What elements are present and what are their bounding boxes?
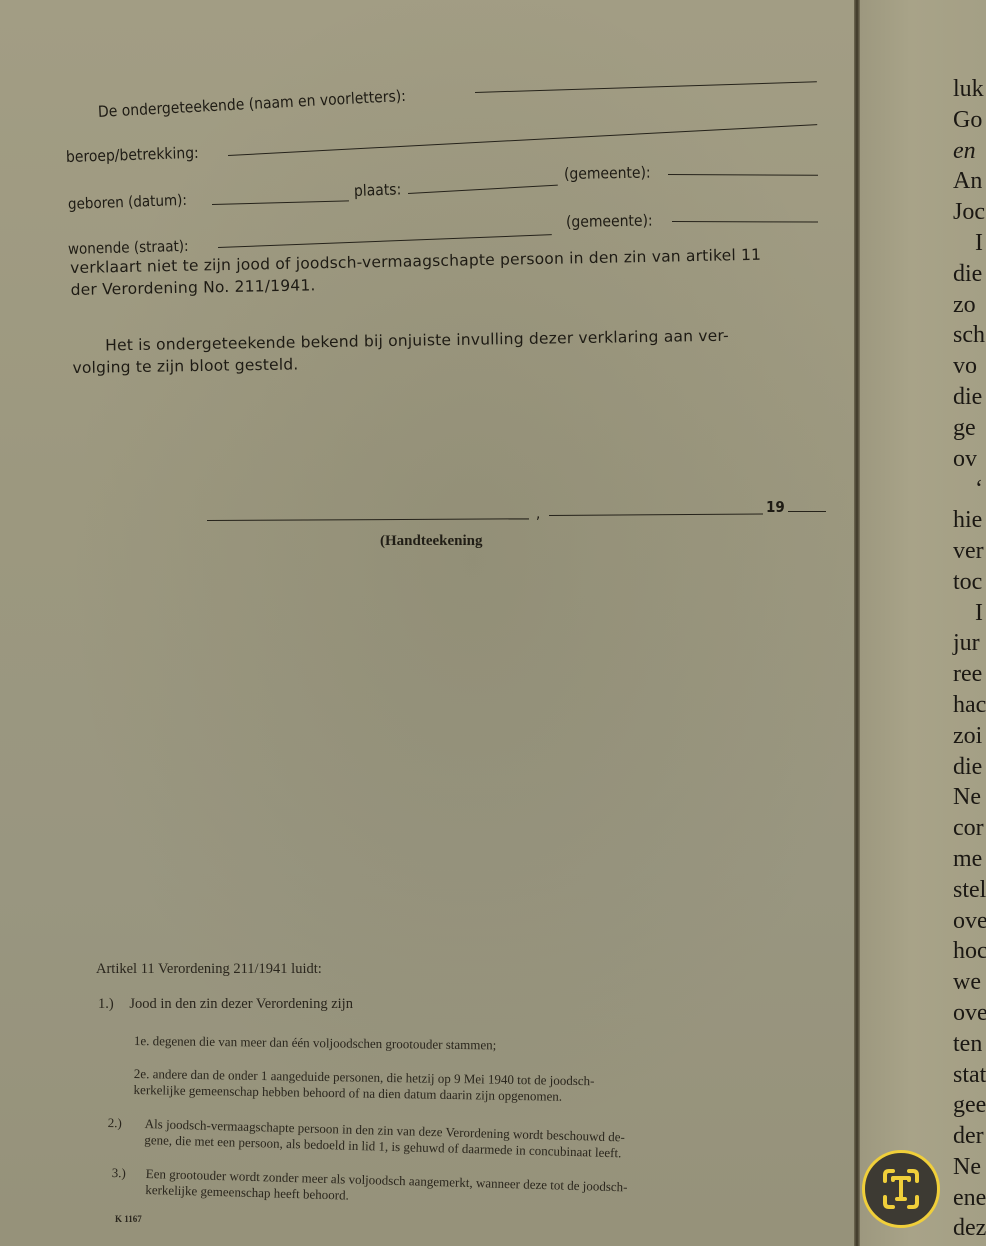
right-page-fragment: die	[953, 382, 986, 413]
right-page-fragment: Go	[953, 105, 986, 136]
place-field-line[interactable]	[207, 518, 529, 521]
right-page-fragment: luk	[953, 74, 986, 105]
right-page-fragment: der	[953, 1121, 986, 1152]
signature-label: (Handteekening	[380, 533, 483, 550]
birth-date-field-line[interactable]	[212, 200, 349, 205]
right-page-fragment: en	[953, 136, 986, 167]
right-page-fragment: jur	[953, 628, 986, 659]
birth-place-field-line[interactable]	[408, 185, 558, 194]
right-page-fragment: ove	[953, 906, 986, 937]
live-text-button[interactable]	[862, 1150, 940, 1228]
right-page-fragment: die	[953, 752, 986, 783]
right-page-fragment: I	[953, 228, 986, 259]
right-page-fragment: ten	[953, 1029, 986, 1060]
right-page-fragment: Ne	[953, 782, 986, 813]
right-page-fragment: we	[953, 967, 986, 998]
signature-comma: ,	[536, 504, 540, 522]
right-page-fragment: Ne	[953, 1152, 986, 1183]
right-page-fragment: hie	[953, 505, 986, 536]
birth-date-label: geboren (datum):	[68, 191, 188, 213]
article-heading: Artikel 11 Verordening 211/1941 luidt:	[96, 961, 322, 977]
left-page: De ondergeteekende (naam en voorletters)…	[0, 0, 860, 1246]
right-page-fragment: toc	[953, 567, 986, 598]
right-page-fragment: ove	[953, 998, 986, 1029]
right-page-fragment: vo	[953, 351, 986, 382]
year-prefix: 19	[766, 498, 785, 516]
article-item-1-text: Jood in den zin dezer Verordening zijn	[129, 996, 353, 1012]
article-item-2: 2.) Als joodsch-vermaagschapte persoon i…	[107, 1115, 625, 1161]
article-item-2-number: 2.)	[108, 1115, 123, 1131]
right-page-fragment: ge	[953, 413, 986, 444]
right-page-fragment: zoi	[953, 721, 986, 752]
right-page-fragment: ene	[953, 1183, 986, 1214]
birth-municipality-field-line[interactable]	[668, 174, 818, 176]
occupation-label: beroep/betrekking:	[66, 144, 199, 166]
right-page-fragment: stat	[953, 1060, 986, 1091]
right-page-fragment: ver	[953, 536, 986, 567]
right-page-fragment: cor	[953, 813, 986, 844]
right-page-fragment: dez	[953, 1213, 986, 1244]
right-page-fragment: me	[953, 844, 986, 875]
right-page-fragment: sch	[953, 320, 986, 351]
warning-paragraph: Het is ondergeteekende bekend bij onjuis…	[72, 325, 729, 379]
right-page-fragment: zo	[953, 290, 986, 321]
right-page-fragment: I	[953, 598, 986, 629]
live-text-icon	[865, 1153, 937, 1225]
right-page-fragment: ‘	[953, 474, 986, 505]
article-item-3: 3.) Een grootouder wordt zonder meer als…	[111, 1165, 628, 1211]
right-page-fragment: ov	[953, 444, 986, 475]
article-item-3-number: 3.)	[112, 1165, 127, 1181]
article-item-1-number: 1.)	[98, 996, 114, 1012]
year-field-line[interactable]	[788, 511, 826, 512]
birth-municipality-label: (gemeente):	[564, 163, 651, 183]
date-field-line[interactable]	[549, 514, 763, 516]
right-page-fragment: gee	[953, 1090, 986, 1121]
birth-place-label: plaats:	[354, 180, 402, 200]
name-field-line[interactable]	[475, 81, 817, 93]
right-page-fragment: stel	[953, 875, 986, 906]
right-page-fragment: ree	[953, 659, 986, 690]
residence-field-line[interactable]	[218, 234, 552, 248]
article-item-1-sub-2: 2e. andere dan de onder 1 aangeduide per…	[133, 1066, 594, 1105]
right-page-fragment: An	[953, 166, 986, 197]
occupation-field-line[interactable]	[228, 124, 817, 156]
article-item-1: 1.) Jood in den zin dezer Verordening zi…	[98, 996, 353, 1012]
name-label: De ondergeteekende (naam en voorletters)…	[98, 87, 407, 121]
right-page-text-fragments: lukGoenAnJocIdiezoschvodiegeov‘hievertoc…	[953, 74, 986, 1244]
right-page-fragment: hac	[953, 690, 986, 721]
residence-municipality-field-line[interactable]	[672, 221, 818, 223]
right-page-fragment: Joc	[953, 197, 986, 228]
form-code: K 1167	[115, 1214, 142, 1224]
residence-municipality-label: (gemeente):	[566, 211, 653, 231]
right-page-fragment: die	[953, 259, 986, 290]
article-item-1-sub-1: 1e. degenen die van meer dan één voljood…	[134, 1033, 497, 1053]
right-page-fragment: hoc	[953, 936, 986, 967]
